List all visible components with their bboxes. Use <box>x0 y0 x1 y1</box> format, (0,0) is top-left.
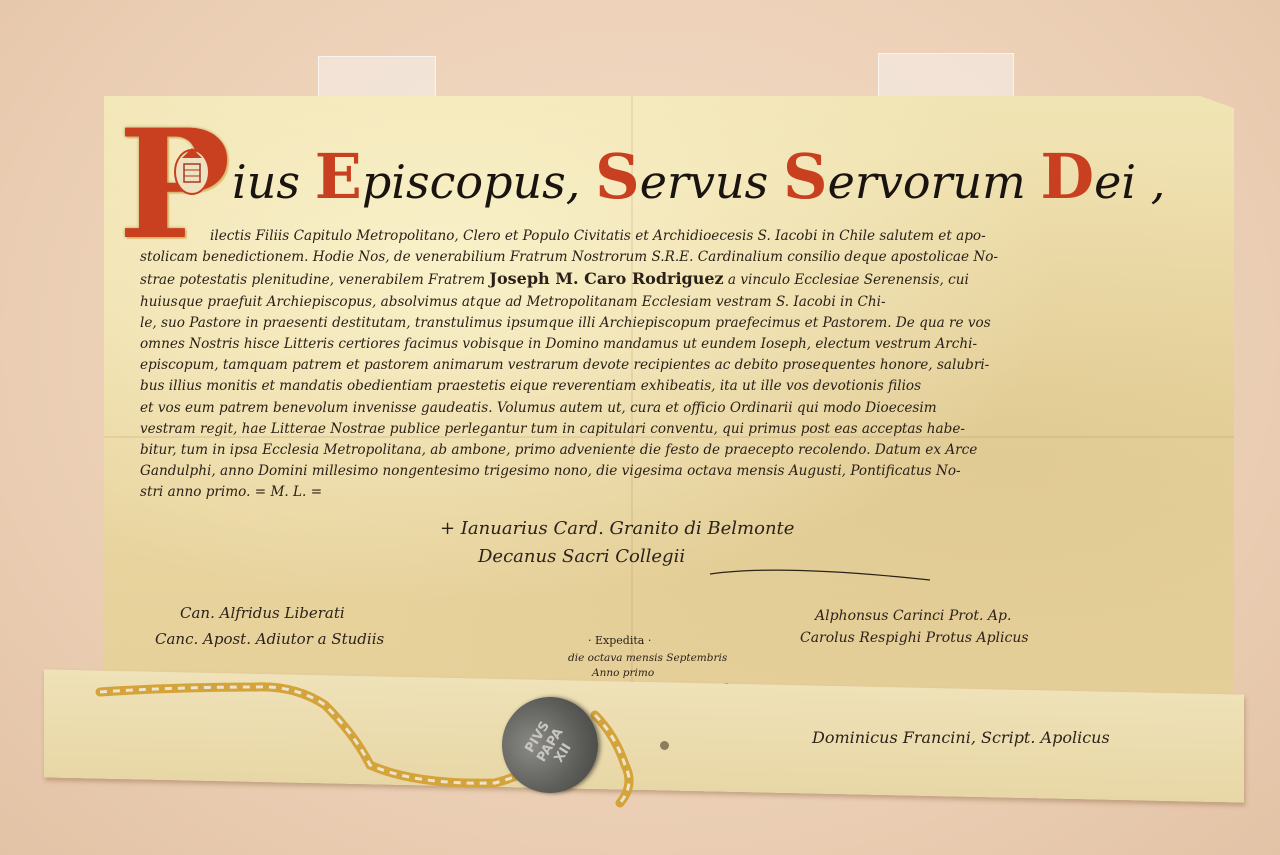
title-word-episcopus: Episcopus, <box>315 155 595 209</box>
body-line: huiusque praefuit Archiepiscopus, absolv… <box>140 292 1190 313</box>
bull-body-text: ilectis Filiis Capitulo Metropolitano, C… <box>140 226 1190 504</box>
scriptor-signature: Dominicus Francini, Script. Apolicus <box>812 728 1110 747</box>
appointee-name: Joseph M. Caro Rodriguez <box>489 269 723 288</box>
cardinal-signature-line2: Decanus Sacri Collegii <box>478 546 685 567</box>
body-line: ilectis Filiis Capitulo Metropolitano, C… <box>140 226 1190 247</box>
body-line: episcopum, tamquam patrem et pastorem an… <box>140 355 1190 376</box>
chancery-signature-line1: Can. Alfridus Liberati <box>180 604 345 622</box>
body-line: bitur, tum in ipsa Ecclesia Metropolitan… <box>140 440 1190 461</box>
papal-arms-icon <box>170 140 214 200</box>
tape-right <box>878 53 1014 101</box>
body-line: omnes Nostris hisce Litteris certiores f… <box>140 334 1190 355</box>
chancery-signature-line2: Canc. Apost. Adiutor a Studiis <box>155 630 384 648</box>
title-word-pius: ius <box>232 155 315 209</box>
body-line: vestram regit, hae Litterae Nostrae publ… <box>140 419 1190 440</box>
document-title: ius Episcopus, Servus Servorum Dei , <box>232 140 1165 213</box>
title-word-dei: Dei , <box>1040 155 1165 209</box>
protonotary-signature-line1: Alphonsus Carinci Prot. Ap. <box>815 608 1011 624</box>
tape-left <box>318 56 436 98</box>
body-line: Gandulphi, anno Domini millesimo nongent… <box>140 461 1190 482</box>
title-word-servus: Servus <box>595 155 783 209</box>
expedita-label: · Expedita · <box>588 634 651 647</box>
expedita-date: die octava mensis Septembris <box>568 652 727 664</box>
body-line: stri anno primo. = M. L. = <box>140 482 1190 503</box>
title-word-servorum: Servorum <box>783 155 1041 209</box>
cardinal-signature-line1: + Ianuarius Card. Granito di Belmonte <box>440 518 794 539</box>
protonotary-signature-line2: Carolus Respighi Protus Aplicus <box>800 630 1029 646</box>
body-line: bus illius monitis et mandatis obedienti… <box>140 376 1190 397</box>
body-line: strae potestatis plenitudine, venerabile… <box>140 268 1190 291</box>
signature-flourish <box>700 560 940 584</box>
body-line: le, suo Pastore in praesenti destitutam,… <box>140 313 1190 334</box>
body-line: et vos eum patrem benevolum invenisse ga… <box>140 398 1190 419</box>
body-line: stolicam benedictionem. Hodie Nos, de ve… <box>140 247 1190 268</box>
cord-hole <box>660 741 669 750</box>
